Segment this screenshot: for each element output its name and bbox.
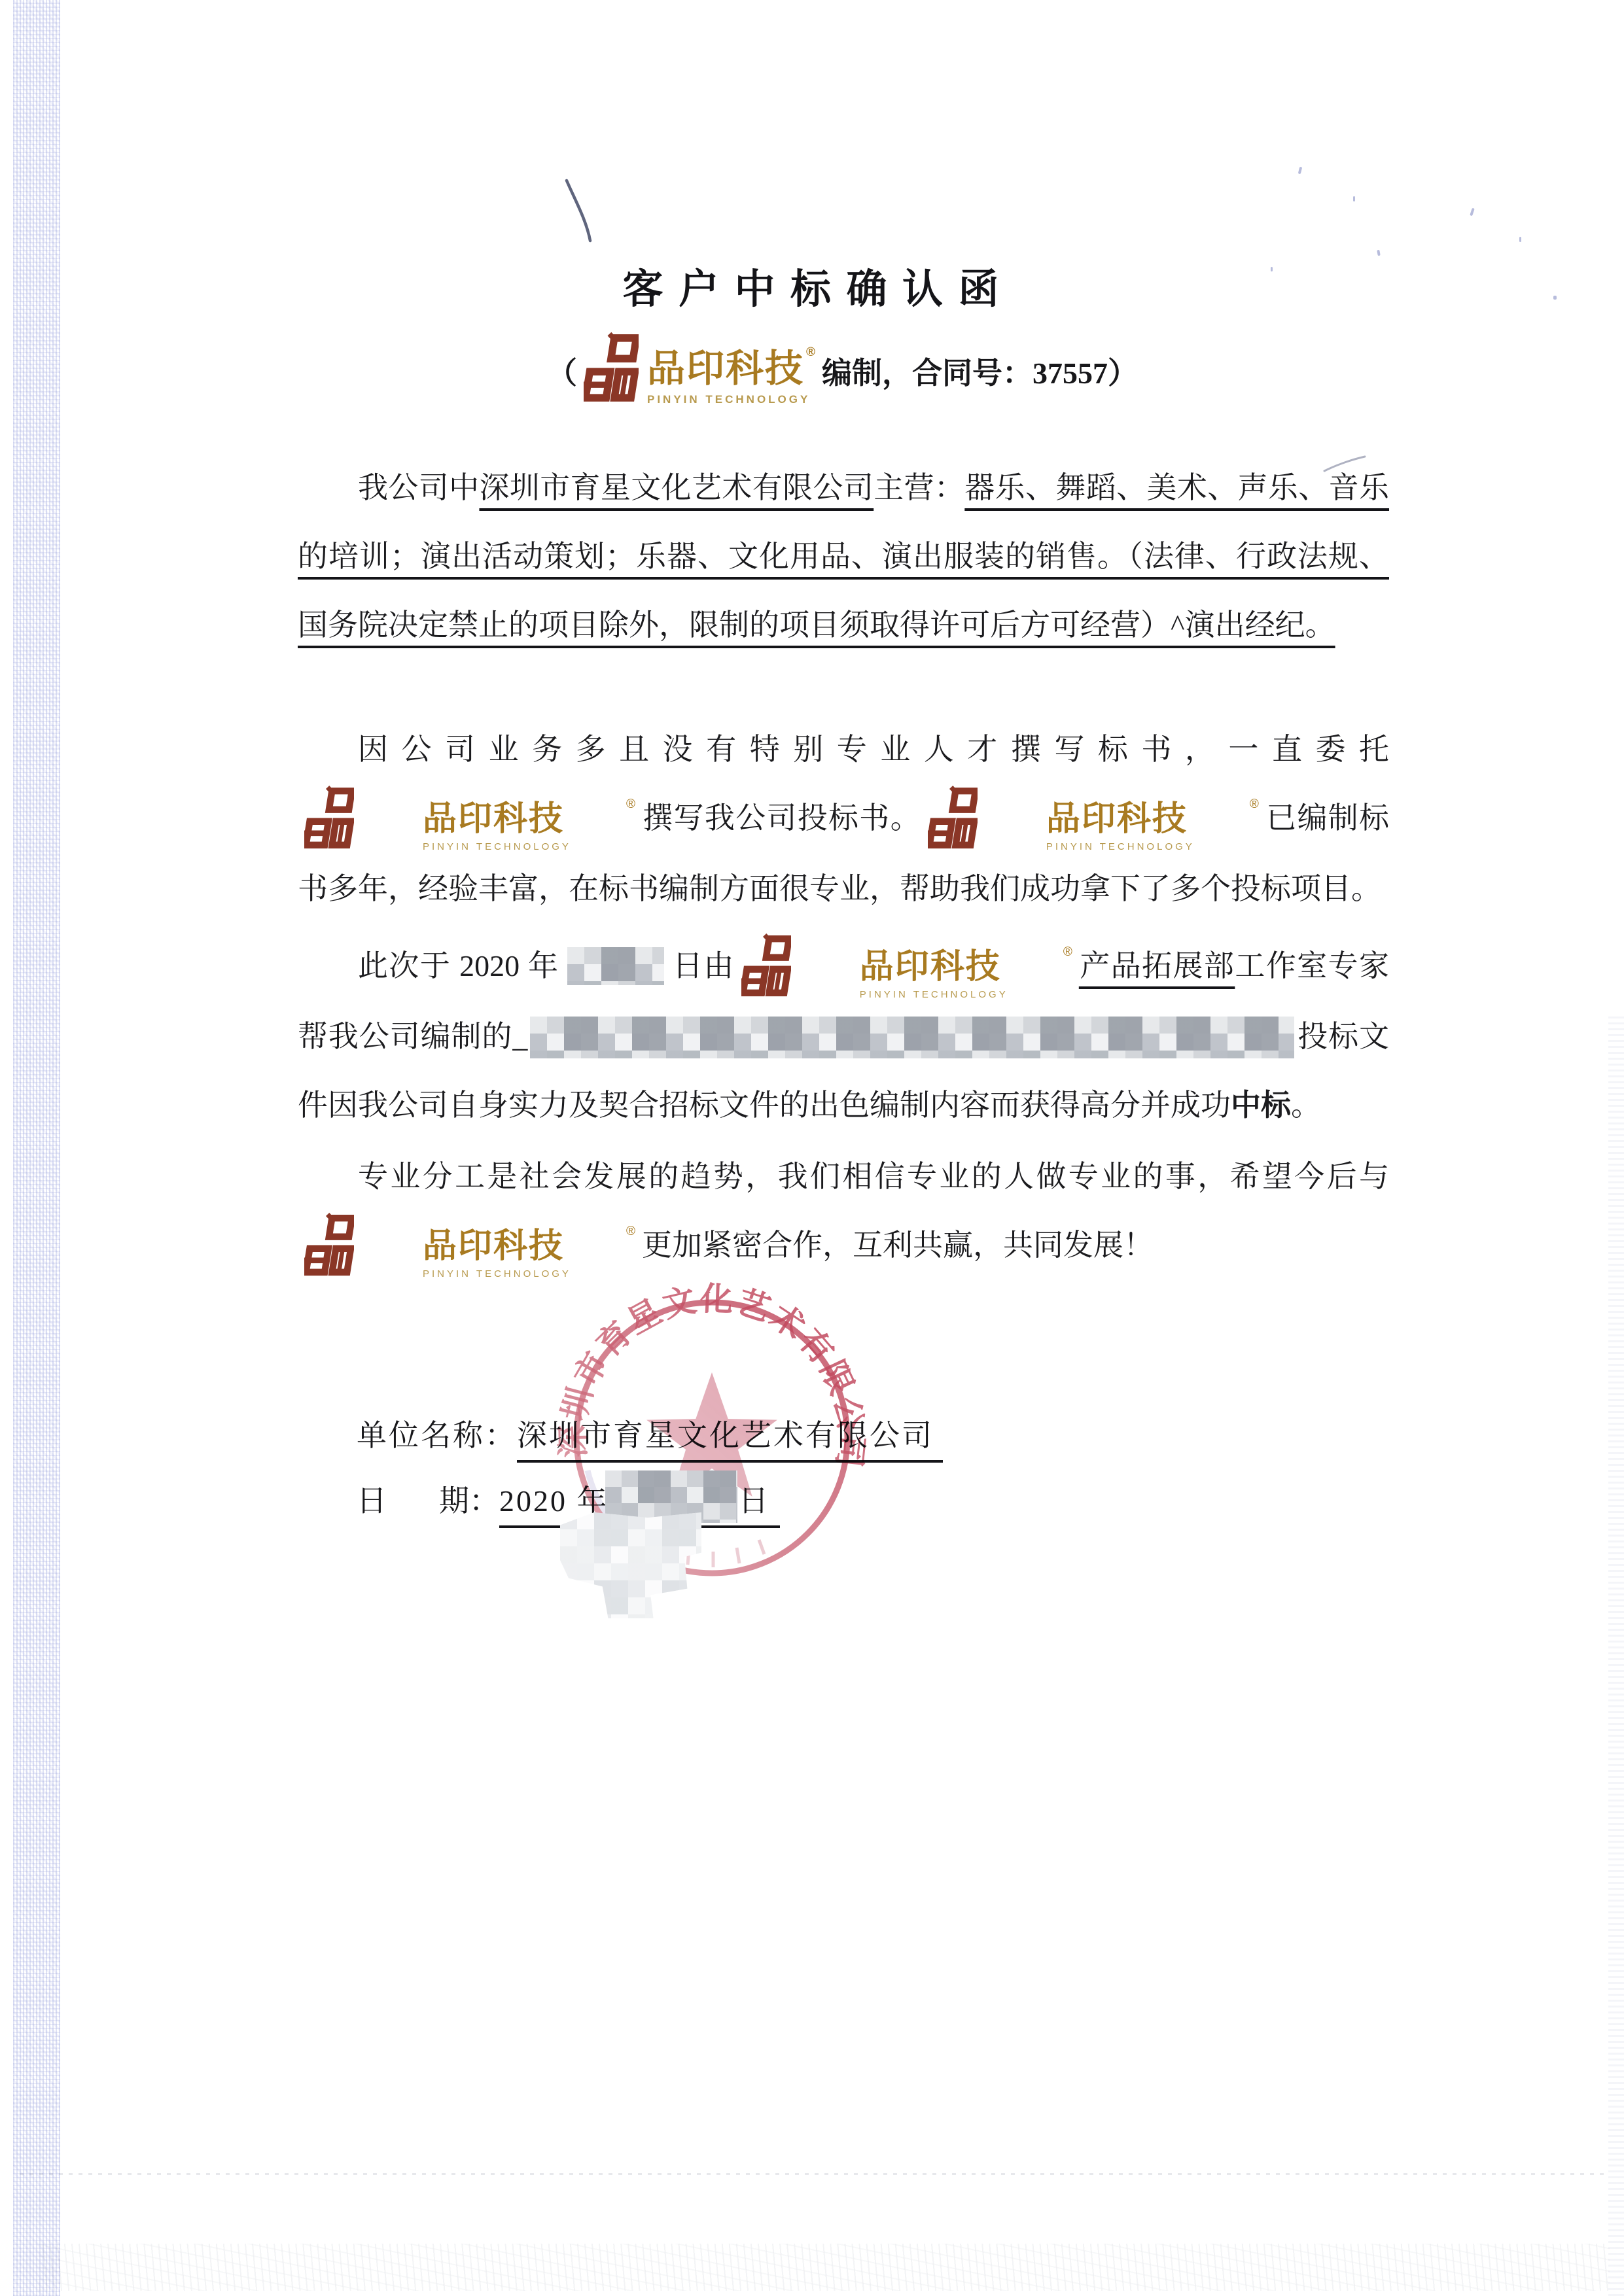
pinyin-technology-logo: 品印科技®PINYIN TECHNOLOGY (304, 1212, 635, 1279)
registered-mark-icon: ® (806, 346, 815, 358)
pinyin-logo-zh: 品印科技 (362, 1229, 564, 1263)
pinyin-logo-mark-icon (304, 785, 354, 852)
company-name-underlined: 深圳市育星文化艺术有限公司 (479, 471, 874, 504)
subtitle-text: 编制，合同号：37557） (822, 349, 1138, 392)
paragraph-entrust: 因公司业务多且没有特别专业人才撰写标书，一直委托品印科技®PINYIN TECH… (298, 715, 1389, 923)
redaction-mosaic-project (530, 1017, 1294, 1058)
registered-mark-icon: ® (566, 1225, 635, 1238)
pinyin-logo-mark-icon (741, 933, 791, 1000)
pinyin-logo-en: PINYIN TECHNOLOGY (647, 394, 815, 405)
scan-noise-right-strip (1608, 1014, 1624, 2296)
text-segment: 撰写我公司投标书。 (642, 801, 921, 835)
pinyin-logo-zh: 品印科技 (362, 802, 564, 836)
department-underlined: 产品拓展部 (1079, 949, 1235, 983)
text-segment: 主营： (874, 471, 964, 504)
paragraph-company-intro: 我公司中深圳市育星文化艺术有限公司主营：器乐、舞蹈、美术、声乐、音乐的培训；演出… (298, 453, 1389, 659)
text-segment: 我公司中 (358, 471, 479, 504)
pinyin-logo-zh: 品印科技 (647, 350, 804, 388)
text-segment: 更加紧密合作，互利共赢，共同发展！ (642, 1228, 1154, 1262)
pinyin-logo-en: PINYIN TECHNOLOGY (800, 990, 1072, 1000)
pinyin-logo-mark-icon (928, 785, 978, 852)
company-name-label: 单位名称： (357, 1419, 517, 1452)
scan-speck (1470, 208, 1475, 217)
pinyin-logo-zh: 品印科技 (986, 802, 1188, 836)
scan-speck (1353, 196, 1355, 201)
open-paren: （ (547, 349, 577, 392)
date-label-part: 日 (357, 1477, 387, 1520)
text-segment: 专业分工是社会发展的趋势，我们相信专业的人做专业的事，希望今后与 (358, 1160, 1389, 1193)
document-title: 客 户 中 标 确 认 函 (0, 256, 1624, 315)
pen-stroke-artifact (560, 177, 603, 246)
redaction-mosaic-day (567, 947, 664, 985)
registered-mark-icon: ® (1003, 946, 1072, 958)
pinyin-logo-text: 品印科技® PINYIN TECHNOLOGY (647, 350, 815, 405)
scan-noise-left-strip (13, 0, 60, 2296)
paragraph-bid-result: 此次于 2020 年日由品印科技®PINYIN TECHNOLOGY产品拓展部工… (298, 931, 1389, 1139)
redaction-mosaic-date (605, 1470, 737, 1523)
pinyin-technology-logo: 品印科技®PINYIN TECHNOLOGY (928, 785, 1259, 852)
pinyin-logo-en: PINYIN TECHNOLOGY (986, 842, 1259, 852)
text-segment: 。 (1291, 1088, 1321, 1122)
date-label-part: 期： (439, 1477, 499, 1520)
text-segment: 此次于 2020 年 (358, 949, 559, 983)
pinyin-logo-zh: 品印科技 (800, 950, 1001, 984)
scan-speck (1377, 250, 1381, 256)
registered-mark-icon: ® (1190, 798, 1259, 810)
scan-speck (1298, 167, 1303, 175)
pinyin-logo-mark-icon (304, 1212, 354, 1279)
pinyin-technology-logo: 品印科技®PINYIN TECHNOLOGY (741, 933, 1072, 1000)
win-bid-bold: 中标 (1231, 1088, 1291, 1122)
registered-mark-icon: ® (566, 798, 635, 810)
scan-speck (1519, 237, 1521, 242)
text-segment: 日由 (672, 949, 735, 983)
redaction-mosaic-blob (560, 1512, 701, 1618)
scan-noise-bottom-band (39, 2244, 1610, 2291)
pinyin-technology-logo: 品印科技® PINYIN TECHNOLOGY (584, 332, 815, 405)
pinyin-logo-mark-icon (584, 332, 639, 405)
pinyin-logo-en: PINYIN TECHNOLOGY (362, 842, 635, 852)
paragraph-cooperation: 专业分工是社会发展的趋势，我们相信专业的人做专业的事，希望今后与品印科技®PIN… (298, 1142, 1389, 1281)
subtitle-row: （ 品印科技® PINYIN TECHNOLOGY 编制，合同号：37557） (547, 322, 1138, 420)
date-label: 日期： (357, 1477, 499, 1520)
text-segment: 因公司业务多且没有特别专业人才撰写标书，一直委托 (358, 733, 1389, 766)
pinyin-technology-logo: 品印科技®PINYIN TECHNOLOGY (304, 785, 635, 852)
scan-artifact-horizontal-line (20, 2173, 1610, 2175)
text-segment: _ (512, 1020, 527, 1053)
